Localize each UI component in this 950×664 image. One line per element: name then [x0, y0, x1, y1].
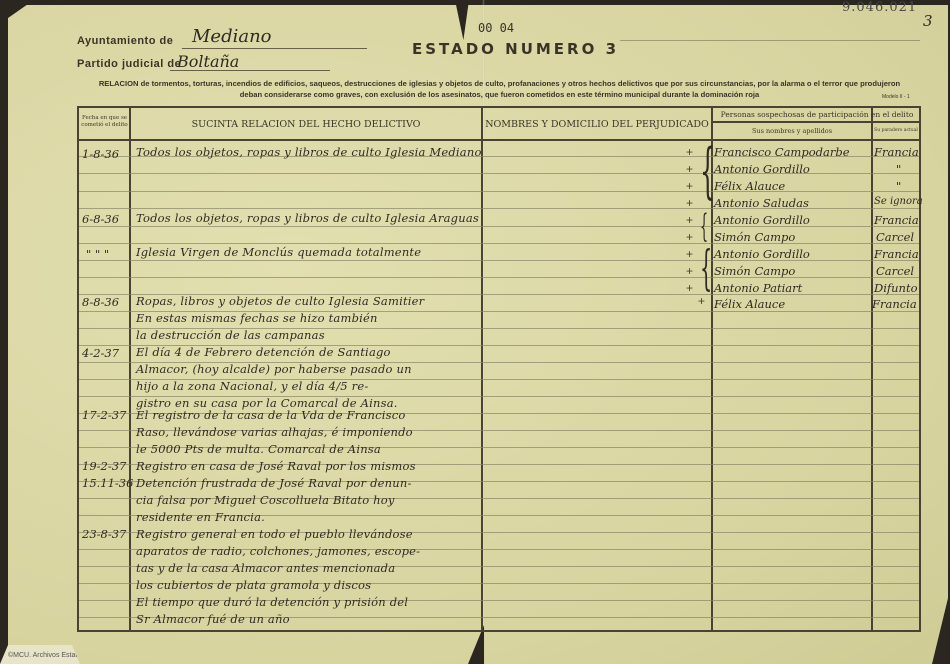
ruled-line	[79, 191, 919, 192]
partido-label: Partido judicial de	[77, 58, 181, 70]
cross-mark-icon: +	[698, 294, 705, 308]
entry-text: tas y de la casa Almacor antes mencionad…	[136, 561, 395, 575]
suspect-name: Antonio Gordillo	[714, 247, 810, 261]
column-divider	[871, 108, 873, 630]
suspect-name: Francisco Campodarbe	[714, 145, 850, 159]
ayuntamiento-label: Ayuntamiento de	[77, 35, 173, 47]
group-header-divider	[711, 121, 919, 123]
page-number: 3	[923, 12, 933, 30]
entry-text: El día 4 de Febrero detención de Santiag…	[136, 345, 391, 359]
description-line: RELACION de tormentos, torturas, incendi…	[77, 78, 922, 89]
group-brace-icon: {	[700, 240, 712, 296]
suspect-name: Antonio Saludas	[714, 196, 809, 210]
archive-stamp: 9.046.021	[842, 0, 917, 15]
suspect-name: Antonio Gordillo	[714, 162, 810, 176]
entry-text: Sr Almacor fué de un año	[136, 612, 290, 626]
column-header-relacion: SUCINTA RELACION DEL HECHO DELICTIVO	[131, 119, 481, 130]
suspect-whereabouts: Francia	[874, 247, 919, 261]
cross-mark-icon: +	[686, 247, 693, 261]
cross-mark-icon: +	[686, 196, 693, 210]
column-divider	[481, 108, 483, 630]
suspect-whereabouts: Francia	[874, 213, 919, 227]
column-header-sospechosos: Personas sospechosas de participación en…	[713, 110, 921, 119]
entry-text: El registro de la casa de la Vda de Fran…	[136, 408, 406, 422]
suspect-whereabouts: "	[896, 162, 901, 176]
suspect-name: Félix Alauce	[714, 297, 785, 311]
suspect-whereabouts: "	[896, 179, 901, 193]
cross-mark-icon: +	[686, 145, 693, 159]
entry-text: Raso, llevándose varias alhajas, é impon…	[136, 425, 413, 439]
suspect-whereabouts: Francia	[872, 297, 917, 311]
cross-mark-icon: +	[686, 162, 693, 176]
entry-date: 19-2-37	[82, 459, 126, 473]
suspect-name: Antonio Gordillo	[714, 213, 810, 227]
entry-date: 15.11-36	[82, 476, 133, 490]
ayuntamiento-underline	[182, 48, 367, 49]
entry-text: le 5000 Pts de multa. Comarcal de Ainsa	[136, 442, 381, 456]
entry-text: Ropas, libros y objetos de culto Iglesia…	[136, 294, 424, 308]
suspect-whereabouts: Francia	[874, 145, 919, 159]
entry-text: Registro en casa de José Raval por los m…	[136, 459, 416, 473]
suspect-name: Simón Campo	[714, 264, 795, 278]
entry-text: residente en Francia.	[136, 510, 265, 524]
entry-text: Registro general en todo el pueblo llevá…	[136, 527, 413, 541]
column-header-perjudicado: NOMBRES Y DOMICILIO DEL PERJUDICADO	[483, 119, 711, 130]
cross-mark-icon: +	[686, 281, 693, 295]
suspect-whereabouts: Se ignora	[874, 196, 923, 207]
entry-date: 1-8-36	[82, 147, 119, 161]
suspect-whereabouts: Carcel	[876, 230, 914, 244]
entry-date: 23-8-37	[82, 527, 126, 541]
column-divider	[129, 108, 131, 630]
form-model: Modelo II - 1	[882, 94, 910, 100]
entry-date: 17-2-37	[82, 408, 126, 422]
entry-text: aparatos de radio, colchones, jamones, e…	[136, 544, 420, 558]
header-rule	[620, 40, 920, 41]
archive-watermark: ©MCU. Archivos Estatales	[0, 645, 80, 664]
suspect-whereabouts: Difunto	[874, 281, 918, 295]
column-header-nombres: Sus nombres y apellidos	[713, 127, 871, 135]
cross-mark-icon: +	[686, 264, 693, 278]
entry-text: hijo a la zona Nacional, y el día 4/5 re…	[136, 379, 368, 393]
partido-value: Boltaña	[177, 52, 239, 71]
entry-text: En estas mismas fechas se hizo también	[136, 311, 378, 325]
suspect-name: Félix Alauce	[714, 179, 785, 193]
suspect-name: Antonio Patiart	[714, 281, 802, 295]
cross-mark-icon: +	[686, 213, 693, 227]
entry-text: Iglesia Virgen de Monclús quemada totalm…	[136, 245, 421, 259]
entry-text: Almacor, (hoy alcalde) por haberse pasad…	[136, 362, 412, 376]
description-line: deban considerarse como graves, con excl…	[77, 89, 922, 100]
entry-text: los cubiertos de plata gramola y discos	[136, 578, 371, 592]
entry-date: " " "	[86, 247, 109, 261]
reference-number: 00 04	[478, 21, 514, 35]
entry-text: Todos los objetos, ropas y libros de cul…	[136, 211, 479, 225]
suspect-name: Simón Campo	[714, 230, 795, 244]
form-description: RELACION de tormentos, torturas, incendi…	[77, 78, 922, 100]
group-brace-icon: {	[700, 136, 715, 206]
header-divider	[79, 139, 919, 141]
cross-mark-icon: +	[686, 179, 693, 193]
entry-text: Todos los objetos, ropas y libros de cul…	[136, 145, 482, 159]
partido-underline	[170, 70, 330, 71]
entry-text: cia falsa por Miguel Coscolluela Bitato …	[136, 493, 395, 507]
ayuntamiento-value: Mediano	[192, 26, 272, 47]
page-title: ESTADO NUMERO 3	[412, 40, 619, 58]
column-header-fecha: Fecha en que se cometió el delito	[81, 115, 128, 129]
entry-date: 8-8-36	[82, 295, 119, 309]
entry-text: la destrucción de las campanas	[136, 328, 325, 342]
suspect-whereabouts: Carcel	[876, 264, 914, 278]
entry-date: 6-8-36	[82, 212, 119, 226]
entry-text: Detención frustrada de José Raval por de…	[136, 476, 412, 490]
cross-mark-icon: +	[686, 230, 693, 244]
entry-text: El tiempo que duró la detención y prisió…	[136, 595, 408, 609]
entry-date: 4-2-37	[82, 346, 119, 360]
column-header-paradero: Su paradero actual	[873, 128, 919, 133]
